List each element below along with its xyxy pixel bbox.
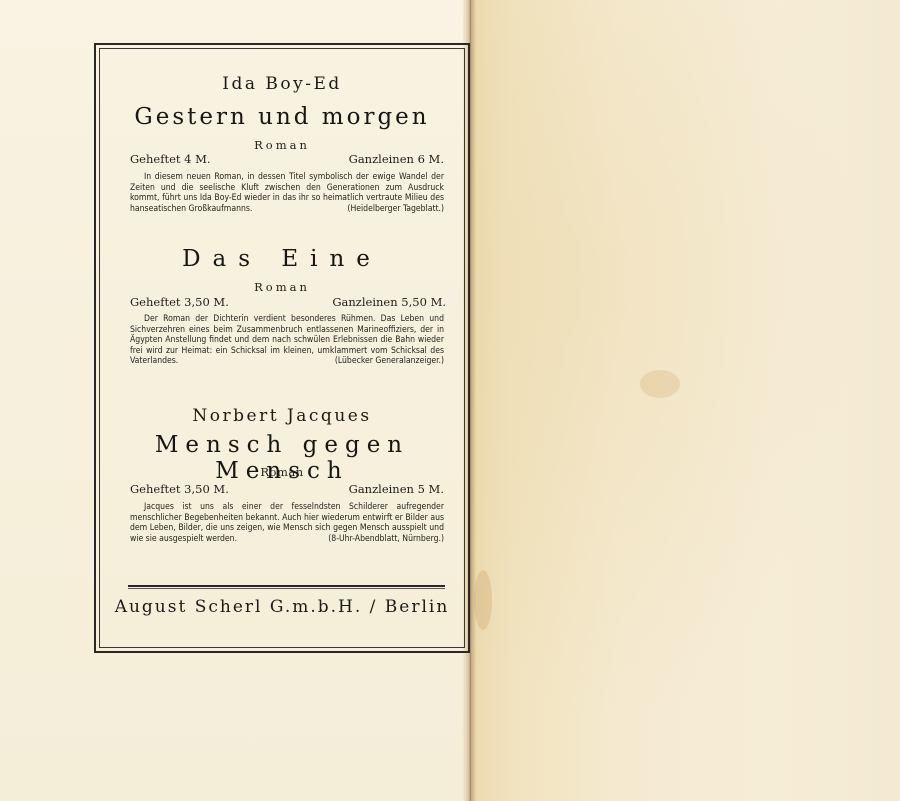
book-genre: Roman: [100, 280, 464, 294]
right-page-blank: [470, 0, 900, 801]
review-source: (8-Uhr-Abendblatt, Nürnberg.): [314, 534, 444, 545]
book-title: Gestern und morgen: [100, 104, 464, 130]
price-cloth: Ganzleinen 5 M.: [349, 482, 444, 496]
book-author: Norbert Jacques: [100, 406, 464, 426]
review-source: (Lübecker Generalanzeiger.): [321, 356, 444, 367]
page-edge: [470, 0, 471, 801]
book-author: Ida Boy-Ed: [100, 74, 464, 94]
book-prices: Geheftet 3,50 M. Ganzleinen 5 M.: [130, 482, 444, 496]
price-cloth: Ganzleinen 6 M.: [349, 152, 444, 166]
book-title: Das Eine: [100, 246, 464, 272]
price-paperback: Geheftet 3,50 M.: [130, 482, 229, 496]
book-prices: Geheftet 4 M. Ganzleinen 6 M.: [130, 152, 444, 166]
price-paperback: Geheftet 4 M.: [130, 152, 211, 166]
divider-rule-thin: [128, 588, 445, 589]
book-prices: Geheftet 3,50 M. Ganzleinen 5,50 M.: [130, 295, 446, 309]
paper-stain: [474, 570, 492, 630]
paper-stain: [640, 370, 680, 398]
book-genre: Roman: [100, 138, 464, 152]
review-source: (Heidelberger Tageblatt.): [333, 204, 444, 215]
price-paperback: Geheftet 3,50 M.: [130, 295, 229, 309]
book-genre: Roman: [100, 465, 464, 479]
price-cloth: Ganzleinen 5,50 M.: [332, 295, 446, 309]
publisher-imprint: August Scherl G.m.b.H. / Berlin: [100, 597, 464, 617]
book-review: Der Roman der Dichterin verdient besonde…: [130, 314, 444, 367]
divider-rule: [128, 585, 445, 587]
book-review: In diesem neuen Roman, in dessen Titel s…: [130, 172, 444, 214]
publisher-advertisement: Ida Boy-Ed Gestern und morgen Roman Gehe…: [100, 48, 464, 648]
book-review: Jacques ist uns als einer der fesselndst…: [130, 502, 444, 544]
